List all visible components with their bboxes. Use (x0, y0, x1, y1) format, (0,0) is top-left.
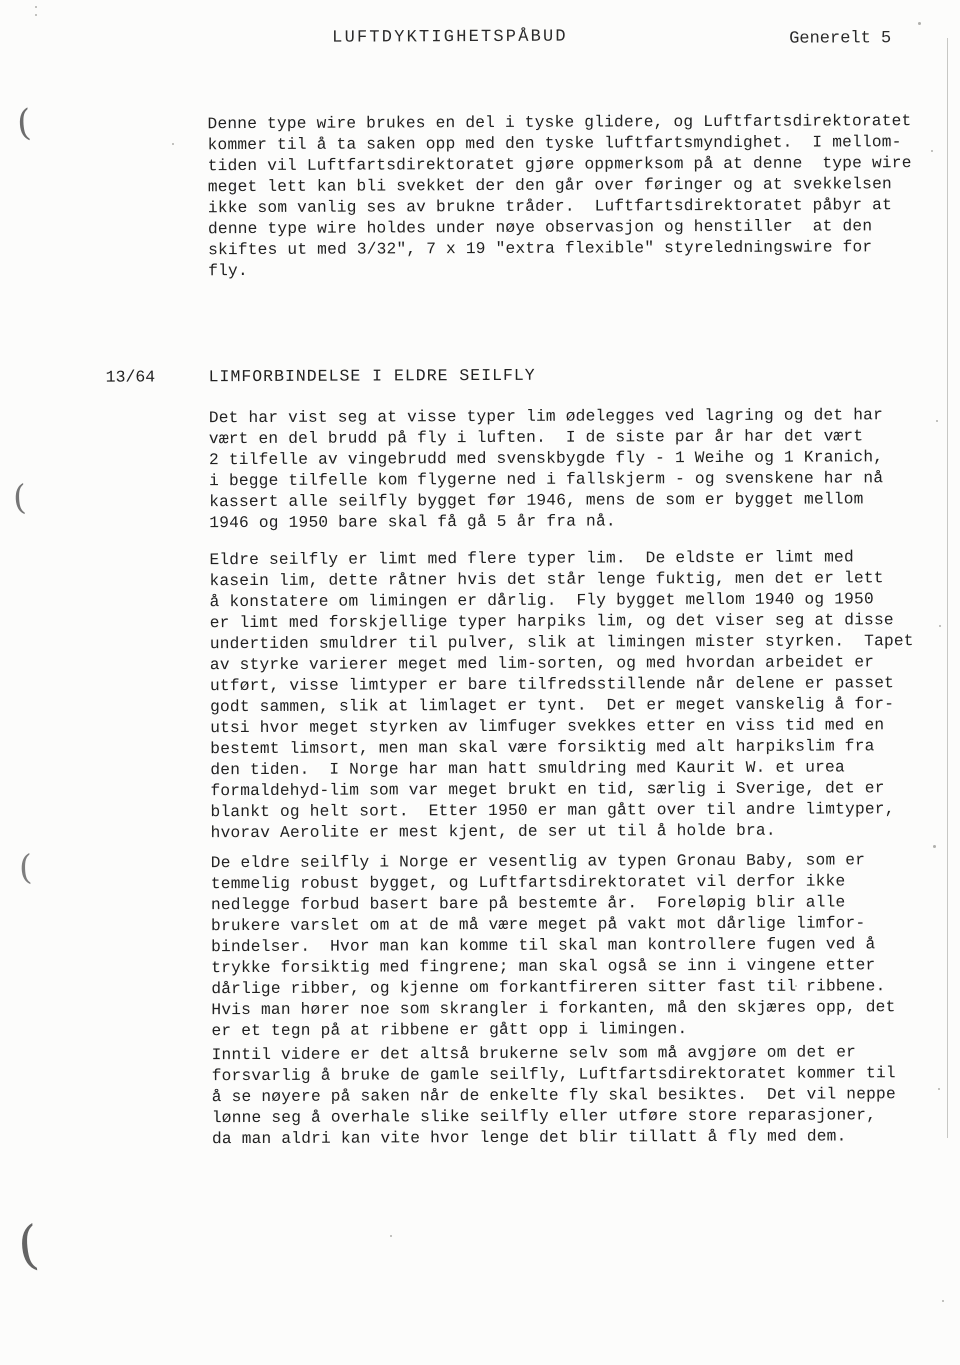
scan-speck (939, 625, 941, 627)
scan-edge-line (947, 38, 948, 1138)
scanned-text-block: LUFTDYKTIGHETSPÅBUD Generelt 5 Denne typ… (0, 0, 960, 1365)
scan-speck (938, 1088, 940, 1090)
body-paragraph-2: Eldre seilfly er limt med flere typer li… (209, 547, 950, 844)
page-section-label: Generelt 5 (789, 29, 891, 48)
document-title: LUFTDYKTIGHETSPÅBUD (332, 28, 568, 48)
scan-speck (918, 22, 921, 25)
scan-speck (35, 14, 37, 16)
scan-speck (942, 1300, 944, 1302)
scan-speck (795, 985, 797, 987)
scan-speck (172, 143, 174, 145)
body-paragraph-1: Det har vist seg at visse typer lim ødel… (209, 405, 950, 534)
body-paragraph-3: De eldre seilfly i Norge er vesentlig av… (211, 850, 952, 1042)
scan-speck (933, 845, 936, 848)
intro-paragraph: Denne type wire brukes en del i tyske gl… (207, 111, 948, 282)
scan-speck (936, 420, 938, 422)
directive-number: 13/64 (106, 367, 156, 386)
document-page: LUFTDYKTIGHETSPÅBUD Generelt 5 Denne typ… (0, 0, 960, 1365)
directive-heading: LIMFORBINDELSE I ELDRE SEILFLY (209, 366, 536, 386)
body-paragraph-4: Inntil videre er det altså brukerne selv… (212, 1042, 952, 1150)
scan-speck (35, 6, 37, 8)
scan-speck (390, 1235, 392, 1237)
scan-speck (931, 150, 933, 152)
